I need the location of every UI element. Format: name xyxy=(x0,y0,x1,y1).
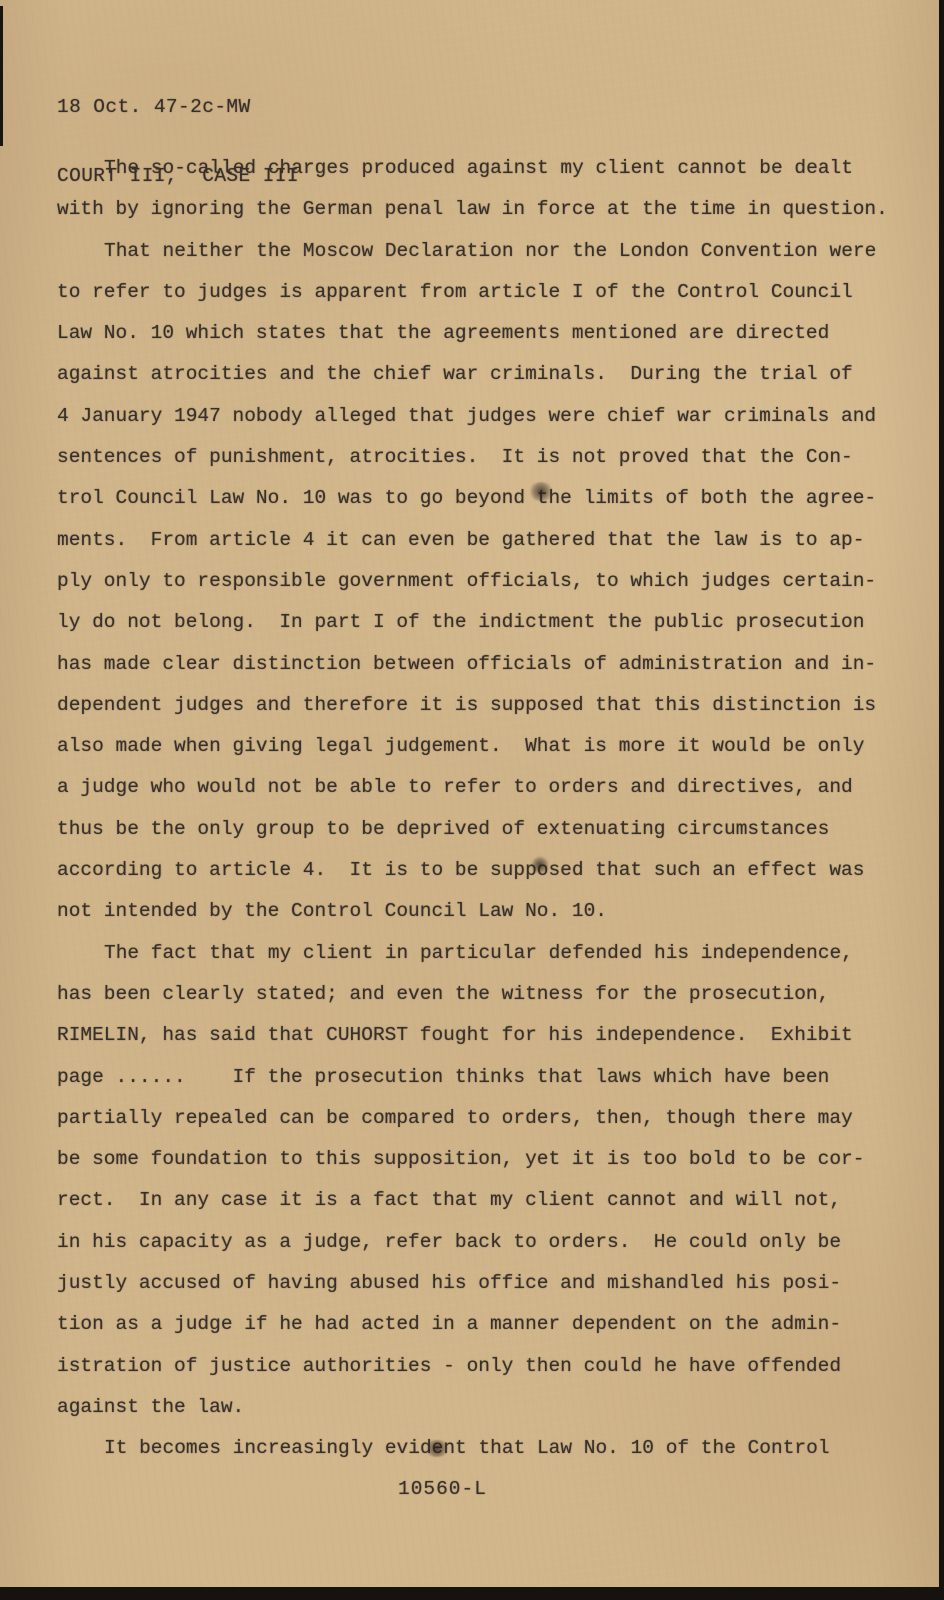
document-line: page ...... If the prosecution thinks th… xyxy=(57,1057,888,1098)
document-line: also made when giving legal judgement. W… xyxy=(57,726,888,767)
header-date-line: 18 Oct. 47-2c-MW xyxy=(57,96,299,119)
document-line: RIMELIN, has said that CUHORST fought fo… xyxy=(57,1015,888,1056)
document-line: has made clear distinction between offic… xyxy=(57,644,888,685)
document-body: The so-called charges produced against m… xyxy=(57,148,888,1470)
document-line: That neither the Moscow Declaration nor … xyxy=(57,231,888,272)
document-line: in his capacity as a judge, refer back t… xyxy=(57,1222,888,1263)
document-line: be some foundation to this supposition, … xyxy=(57,1139,888,1180)
document-page: 18 Oct. 47-2c-MW COURT III, CASE III The… xyxy=(0,0,939,1587)
document-line: thus be the only group to be deprived of… xyxy=(57,809,888,850)
document-line: to refer to judges is apparent from arti… xyxy=(57,272,888,313)
document-line: ments. From article 4 it can even be gat… xyxy=(57,520,888,561)
ink-smudge xyxy=(424,1440,450,1457)
scan-edge-shadow xyxy=(0,6,3,146)
document-line: against atrocities and the chief war cri… xyxy=(57,354,888,395)
paragraph: The so-called charges produced against m… xyxy=(57,148,888,231)
document-line: a judge who would not be able to refer t… xyxy=(57,767,888,808)
document-line: justly accused of having abused his offi… xyxy=(57,1263,888,1304)
paragraph: That neither the Moscow Declaration nor … xyxy=(57,231,888,933)
document-line: It becomes increasingly evident that Law… xyxy=(57,1428,888,1469)
document-line: partially repealed can be compared to or… xyxy=(57,1098,888,1139)
paragraph: The fact that my client in particular de… xyxy=(57,933,888,1429)
document-line: Law No. 10 which states that the agreeme… xyxy=(57,313,888,354)
document-line: ply only to responsible government offic… xyxy=(57,561,888,602)
document-line: not intended by the Control Council Law … xyxy=(57,891,888,932)
document-line: tion as a judge if he had acted in a man… xyxy=(57,1304,888,1345)
document-line: against the law. xyxy=(57,1387,888,1428)
document-line: according to article 4. It is to be supp… xyxy=(57,850,888,891)
document-line: ly do not belong. In part I of the indic… xyxy=(57,602,888,643)
document-line: has been clearly stated; and even the wi… xyxy=(57,974,888,1015)
ink-smudge xyxy=(528,482,554,501)
document-line: The so-called charges produced against m… xyxy=(57,148,888,189)
ink-smudge xyxy=(531,856,549,874)
page-number: 10560-L xyxy=(398,1469,487,1510)
document-line: trol Council Law No. 10 was to go beyond… xyxy=(57,478,888,519)
paragraph: It becomes increasingly evident that Law… xyxy=(57,1428,888,1469)
document-line: with by ignoring the German penal law in… xyxy=(57,189,888,230)
document-line: 4 January 1947 nobody alleged that judge… xyxy=(57,396,888,437)
document-line: istration of justice authorities - only … xyxy=(57,1346,888,1387)
document-line: The fact that my client in particular de… xyxy=(57,933,888,974)
document-line: dependent judges and therefore it is sup… xyxy=(57,685,888,726)
document-line: rect. In any case it is a fact that my c… xyxy=(57,1180,888,1221)
document-line: sentences of punishment, atrocities. It … xyxy=(57,437,888,478)
